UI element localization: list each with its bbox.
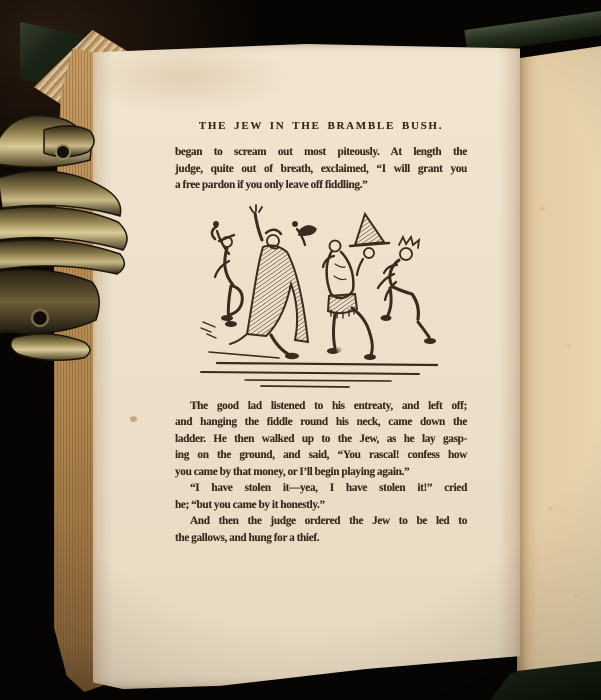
dancing-figures-woodcut-illustration [187, 204, 455, 389]
text-line: judge, quite out of breath, exclaimed, “… [175, 161, 467, 178]
brass-clasp [0, 104, 136, 368]
foxing-spot [336, 347, 341, 352]
paragraph-1: began to scream out most piteously. At l… [175, 144, 467, 194]
text-line: he; “but you came by it honestly.” [175, 497, 467, 514]
text-line: began to scream out most piteously. At l… [175, 144, 467, 161]
text-line: and hanging the fiddle round his neck, c… [175, 414, 467, 431]
book-cover-top-edge [464, 11, 601, 54]
facing-page [517, 46, 601, 671]
page-text: THE JEW IN THE BRAMBLE BUSH. began to sc… [175, 120, 467, 546]
text-line: you came by that money, or I’ll begin pl… [175, 464, 467, 481]
text-line: a free pardon if you only leave off fidd… [175, 177, 467, 194]
text-line: ing on the ground, and said, “You rascal… [175, 447, 467, 464]
text-line: ladder. He then walked up to the Jew, as… [175, 431, 467, 448]
text-line: “I have stolen it—yea, I have stolen it!… [175, 480, 467, 497]
book-photo: THE JEW IN THE BRAMBLE BUSH. began to sc… [0, 0, 601, 700]
running-head: THE JEW IN THE BRAMBLE BUSH. [175, 120, 467, 132]
text-line: The good lad listened to his entreaty, a… [175, 398, 467, 415]
paragraph-3: “I have stolen it—yea, I have stolen it!… [175, 480, 467, 513]
paragraph-2: The good lad listened to his entreaty, a… [175, 398, 467, 481]
book-page: THE JEW IN THE BRAMBLE BUSH. began to sc… [93, 44, 520, 689]
foxing-spot [130, 416, 137, 422]
paragraph-4: And then the judge ordered the Jew to be… [175, 513, 467, 546]
text-line: the gallows, and hung for a thief. [175, 530, 467, 547]
text-line: And then the judge ordered the Jew to be… [175, 513, 467, 530]
